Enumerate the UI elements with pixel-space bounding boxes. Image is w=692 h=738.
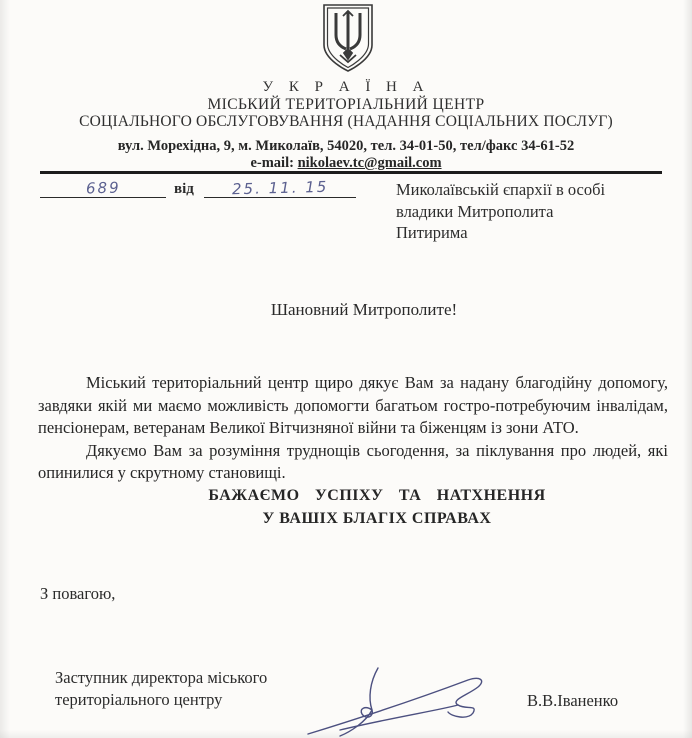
org-name-line2: СОЦІАЛЬНОГО ОБСЛУГОВУВАННЯ (НАДАННЯ СОЦІ… — [0, 113, 692, 131]
signer-name: В.В.Іваненко — [527, 691, 618, 711]
ukraine-trident-emblem-icon — [316, 3, 380, 75]
addressee-line2: владики Митрополита — [396, 201, 605, 223]
salutation: Шановний Митрополите! — [0, 300, 692, 320]
org-address: вул. Морехідна, 9, м. Миколаїв, 54020, т… — [0, 138, 692, 155]
addressee-line1: Миколаївській єпархії в особі — [396, 179, 605, 201]
wish-line1: БАЖАЄМО УСПІХУ ТА НАТХНЕННЯ — [38, 485, 668, 508]
wish-line2: У ВАШІХ БЛАГІХ СПРАВАХ — [38, 508, 668, 531]
body-paragraph-1: Міський територіальний центр щиро дякує … — [38, 372, 668, 440]
signer-position-line1: Заступник директора міського — [55, 667, 267, 689]
signer-position: Заступник директора міського територіаль… — [55, 667, 267, 711]
country-name: У К Р А Ї Н А — [0, 79, 692, 96]
signer-position-line2: територіального центру — [55, 689, 267, 711]
body-paragraph-2: Дякуємо Вам за розуміння труднощів сього… — [38, 440, 668, 485]
addressee-line3: Питирима — [396, 222, 605, 244]
reference-date-field: 25. 11. 15 — [204, 179, 356, 198]
email-label: e-mail: — [250, 155, 297, 171]
scanned-letter-page: У К Р А Ї Н А МІСЬКИЙ ТЕРИТОРІАЛЬНИЙ ЦЕН… — [0, 0, 692, 738]
handwritten-reference-number: 689 — [85, 179, 120, 198]
reference-number-field: 689 — [40, 179, 166, 198]
handwritten-date: 25. 11. 15 — [231, 178, 328, 199]
letterhead-divider-rule — [40, 171, 662, 174]
org-email-line: e-mail: nikolaev.tc@gmail.com — [0, 155, 692, 172]
email-address: nikolaev.tc@gmail.com — [298, 155, 442, 171]
handwritten-signature — [300, 660, 505, 738]
addressee-block: Миколаївській єпархії в особі владики Ми… — [396, 179, 605, 244]
letter-body: Міський територіальний центр щиро дякує … — [38, 372, 668, 530]
vid-label: від — [174, 181, 194, 197]
closing-regards: З повагою, — [40, 584, 115, 604]
reference-row: 689від25. 11. 15 — [40, 179, 356, 198]
org-name-line1: МІСЬКИЙ ТЕРИТОРІАЛЬНИЙ ЦЕНТР — [0, 96, 692, 114]
